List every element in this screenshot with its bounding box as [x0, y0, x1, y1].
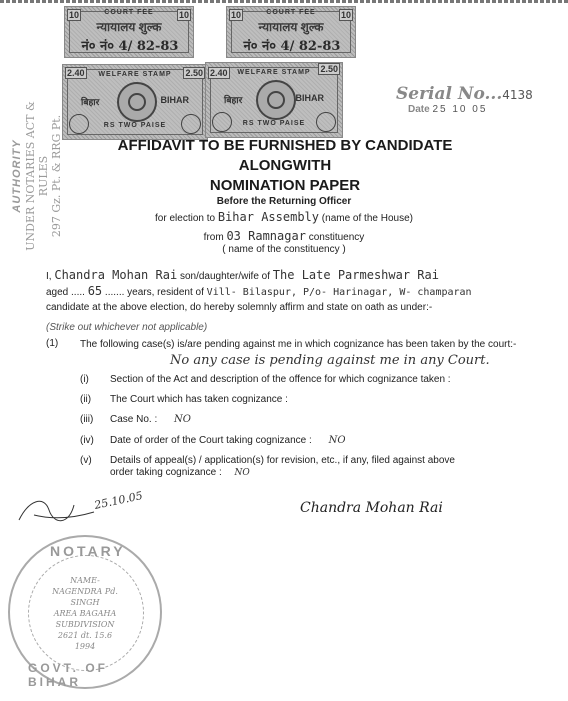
- scan-top-edge: [0, 0, 568, 3]
- stamp-overprint: न्यायालय शुल्क: [75, 18, 183, 35]
- father-name: The Late Parmeshwar Rai: [273, 268, 439, 282]
- constituency-line: from 03 Ramnagar constituency: [0, 229, 568, 243]
- constituency-name: 03 Ramnagar: [226, 229, 305, 243]
- item-label-3: Case No. : NO: [110, 414, 191, 425]
- resident-label: years, resident of: [127, 287, 204, 298]
- aged-label: aged: [46, 287, 68, 298]
- rosette-icon: [316, 112, 336, 132]
- seal-line: SINGH: [10, 597, 160, 608]
- declaration: I, Chandra Mohan Rai son/daughter/wife o…: [46, 268, 558, 335]
- election-line: for election to Bihar Assembly (name of …: [0, 210, 568, 224]
- stamp-reg-no: नं० नं० 4/ 82-83: [233, 36, 351, 54]
- rosette-icon: [181, 114, 201, 134]
- stamp-label: COURT FEE: [227, 9, 355, 16]
- candidate-signature: Chandra Mohan Rai: [300, 500, 443, 516]
- emblem-icon: [117, 82, 157, 122]
- appeal-label: Details of appeal(s) / application(s) fo…: [110, 455, 455, 478]
- order-date-label: Date of order of the Court taking cogniz…: [110, 435, 312, 446]
- emblem-icon: [256, 80, 296, 120]
- seal-bottom-text: GOVT. OF BIHAR: [28, 661, 160, 689]
- section-text: The following case(s) is/are pending aga…: [80, 338, 520, 352]
- seal-line: 2621 dt. 15.6: [10, 630, 160, 641]
- stamp-label: COURT FEE: [65, 9, 193, 16]
- stamp-label: WELFARE STAMP: [206, 69, 342, 76]
- item-label-5: Details of appeal(s) / application(s) fo…: [110, 455, 470, 479]
- item-num-5: (v): [80, 455, 92, 466]
- welfare-stamp-2: 2.40 2.50 WELFARE STAMP बिहार BIHAR RS T…: [205, 62, 343, 138]
- signature-scribble-icon: [14, 490, 104, 530]
- oath-text: candidate at the above election, do here…: [46, 300, 558, 315]
- item-num-3: (iii): [80, 414, 93, 425]
- item-label-4: Date of order of the Court taking cogniz…: [110, 435, 346, 446]
- serial-number: Serial No...4138: [396, 84, 533, 104]
- item-num-2: (ii): [80, 394, 91, 405]
- relation-label: son/daughter/wife of: [180, 271, 270, 282]
- serial-date-label: Date: [408, 104, 430, 115]
- seal-line: NAGENDRA Pd.: [10, 586, 160, 597]
- declaration-line-1: I, Chandra Mohan Rai son/daughter/wife o…: [46, 268, 558, 284]
- candidate-age: 65: [88, 284, 102, 298]
- stamp-label: WELFARE STAMP: [63, 71, 207, 78]
- serial-value: 4138: [502, 88, 533, 102]
- stamp-state-en: BIHAR: [296, 93, 325, 103]
- item-num-1: (i): [80, 374, 89, 385]
- rosette-icon: [212, 112, 232, 132]
- stamp-state-hi: बिहार: [224, 93, 242, 106]
- stamp-reg-no: नं० नं० 4/ 82-83: [71, 36, 189, 54]
- order-date-answer: NO: [329, 435, 346, 446]
- document-title: AFFIDAVIT TO BE FURNISHED BY CANDIDATE A…: [70, 136, 500, 196]
- title-line-2: NOMINATION PAPER: [70, 176, 500, 196]
- seal-line: SUBDIVISION: [10, 619, 160, 630]
- seal-top-text: NOTARY: [50, 543, 126, 559]
- house-name: Bihar Assembly: [218, 210, 319, 224]
- from-prefix: from: [204, 232, 224, 243]
- seal-line: AREA BAGAHA: [10, 608, 160, 619]
- handwritten-case-note: No any case is pending against me in any…: [170, 352, 560, 370]
- election-prefix: for election to: [155, 213, 215, 224]
- rosette-icon: [69, 114, 89, 134]
- returning-officer: Before the Returning Officer: [0, 196, 568, 207]
- serial-date: Date 25 10 05: [408, 104, 487, 115]
- serial-date-value: 25 10 05: [432, 104, 487, 115]
- constituency-note: ( name of the constituency ): [0, 244, 568, 255]
- stamp-overprint: न्यायालय शुल्क: [237, 18, 345, 35]
- title-line-1: AFFIDAVIT TO BE FURNISHED BY CANDIDATE A…: [70, 136, 500, 176]
- candidate-name: Chandra Mohan Rai: [54, 268, 177, 282]
- case-no-label: Case No. :: [110, 414, 157, 425]
- declaration-line-2: aged ..... 65 ....... years, resident of…: [46, 284, 558, 300]
- constituency-suffix: constituency: [309, 232, 365, 243]
- seal-line: NAME-: [10, 575, 160, 586]
- item-label-2: The Court which has taken cognizance :: [110, 394, 288, 405]
- notary-seal: NOTARY GOVT. OF BIHAR NAME- NAGENDRA Pd.…: [8, 535, 162, 689]
- notary-signature: 25.10.05: [14, 490, 104, 535]
- case-no-answer: NO: [174, 414, 191, 425]
- house-suffix: (name of the House): [322, 213, 413, 224]
- candidate-address: Vill- Bilaspur, P/o- Harinagar, W- champ…: [207, 287, 472, 298]
- stamp-state-hi: बिहार: [81, 95, 99, 108]
- welfare-stamp-1: 2.40 2.50 WELFARE STAMP बिहार BIHAR RS T…: [62, 64, 208, 140]
- section-number: (1): [46, 338, 58, 349]
- strike-note: (Strike out whichever not applicable): [46, 320, 558, 335]
- appeal-answer: NO: [235, 468, 250, 478]
- court-fee-stamp-2: 10 10 COURT FEE न्यायालय शुल्क नं० नं० 4…: [226, 6, 356, 58]
- stamp-state-en: BIHAR: [161, 95, 190, 105]
- i-prefix: I,: [46, 271, 52, 282]
- item-num-4: (iv): [80, 435, 94, 446]
- seal-details: NAME- NAGENDRA Pd. SINGH AREA BAGAHA SUB…: [10, 575, 160, 652]
- item-label-1: Section of the Act and description of th…: [110, 374, 451, 385]
- court-fee-stamp-1: 10 10 COURT FEE न्यायालय शुल्क नं० नं० 4…: [64, 6, 194, 58]
- seal-line: 1994: [10, 641, 160, 652]
- serial-label: Serial No: [396, 84, 484, 104]
